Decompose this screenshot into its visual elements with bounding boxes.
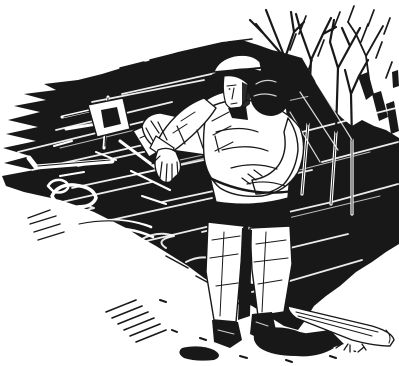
trouser-leg-right (250, 226, 292, 316)
eye-dot (229, 88, 231, 90)
illustration-canvas: Storm rescue - pen-and-ink book illustra… (0, 0, 399, 366)
storm-rescue-drawing: Storm rescue - pen-and-ink book illustra… (0, 0, 399, 366)
